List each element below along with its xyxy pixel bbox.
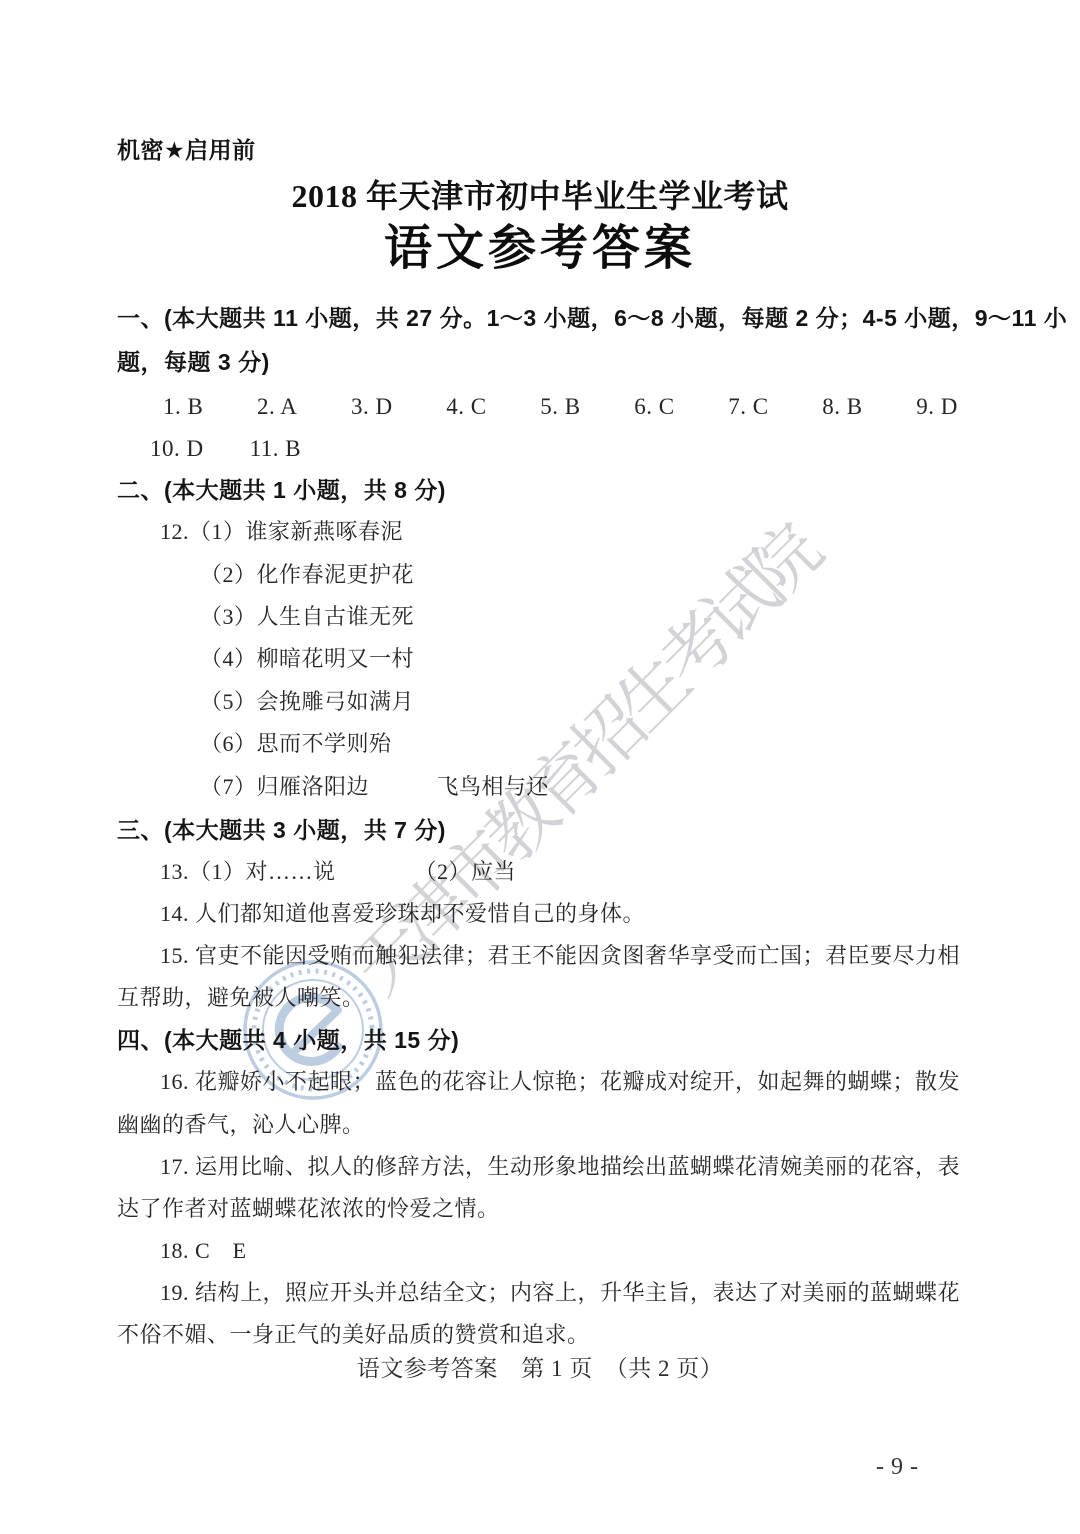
answer-q19-line2: 不俗不媚、一身正气的美好品质的赞赏和追求。 (117, 1321, 590, 1350)
document-page: 天津市教育招生考试院 机密★启用前 2018 年天津市初中毕业生学业考试 语文参… (0, 0, 1080, 1534)
page-number: - 9 - (876, 1452, 918, 1483)
answer-q12-7: （7）归雁洛阳边 飞鸟相与还 (200, 773, 549, 802)
answer-q18: 18. C E (160, 1237, 247, 1266)
answer-q19-line1: 19. 结构上，照应开头并总结全文；内容上，升华主旨，表达了对美丽的蓝蝴蝶花 (160, 1279, 960, 1308)
answer-q16-line1: 16. 花瓣娇小不起眼；蓝色的花容让人惊艳；花瓣成对绽开，如起舞的蝴蝶；散发 (160, 1068, 960, 1097)
section2-heading: 二、(本大题共 1 小题，共 8 分) (117, 476, 446, 506)
answer-q2: 2. A (257, 392, 297, 422)
section4-heading: 四、(本大题共 4 小题，共 15 分) (117, 1026, 459, 1056)
doc-title: 语文参考答案 (0, 218, 1080, 280)
exam-title: 2018 年天津市初中毕业生学业考试 (0, 176, 1080, 218)
answers-row-2: 10. D 11. B (150, 434, 301, 464)
answer-q10: 10. D (150, 434, 204, 464)
section3-heading: 三、(本大题共 3 小题，共 7 分) (117, 816, 446, 846)
answers-row-1: 1. B 2. A 3. D 4. C 5. B 6. C 7. C 8. B … (163, 392, 958, 422)
answer-q13: 13.（1）对……说 （2）应当 (160, 858, 516, 887)
answer-q17-line2: 达了作者对蓝蝴蝶花浓浓的怜爱之情。 (117, 1195, 500, 1224)
section1-heading-line2: 题，每题 3 分) (117, 348, 270, 378)
answer-q5: 5. B (540, 392, 580, 422)
answer-q8: 8. B (822, 392, 862, 422)
answer-q4: 4. C (446, 392, 486, 422)
answer-q16-line2: 幽幽的香气，沁人心脾。 (117, 1111, 365, 1140)
confidential-label: 机密★启用前 (117, 136, 256, 166)
answer-q14: 14. 人们都知道他喜爱珍珠却不爱惜自己的身体。 (160, 900, 645, 929)
answer-q1: 1. B (163, 392, 203, 422)
answer-q11: 11. B (250, 434, 302, 464)
answer-q12-1: 12.（1）谁家新燕啄春泥 (160, 518, 403, 547)
answer-q12-2: （2）化作春泥更护花 (200, 561, 414, 590)
answer-q15-line1: 15. 官吏不能因受贿而触犯法律；君王不能因贪图奢华享受而亡国；君臣要尽力相 (160, 942, 960, 971)
answer-q12-3: （3）人生自古谁无死 (200, 603, 414, 632)
footer-page-label: 语文参考答案 第 1 页 （共 2 页） (0, 1354, 1080, 1384)
answer-q12-4: （4）柳暗花明又一村 (200, 645, 414, 674)
answer-q12-6: （6）思而不学则殆 (200, 730, 392, 759)
answer-q3: 3. D (351, 392, 393, 422)
answer-q12-5: （5）会挽雕弓如满月 (200, 688, 414, 717)
answer-q6: 6. C (634, 392, 674, 422)
section1-heading-line1: 一、(本大题共 11 小题，共 27 分。1～3 小题，6～8 小题，每题 2 … (117, 304, 1067, 334)
answer-q9: 9. D (916, 392, 958, 422)
answer-q15-line2: 互帮助，避免被人嘲笑。 (117, 984, 365, 1013)
answer-q17-line1: 17. 运用比喻、拟人的修辞方法，生动形象地描绘出蓝蝴蝶花清婉美丽的花容，表 (160, 1153, 960, 1182)
answer-q7: 7. C (728, 392, 768, 422)
